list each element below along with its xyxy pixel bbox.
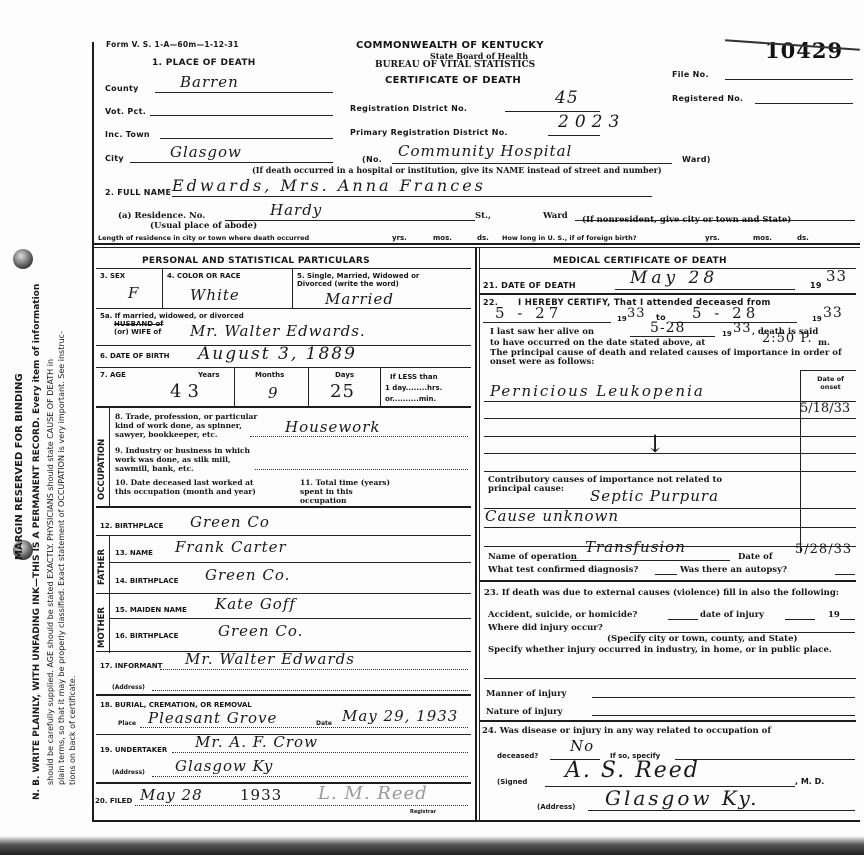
age-years-label: Years xyxy=(198,371,220,379)
last-saw-line xyxy=(630,336,715,337)
place-of-death-heading: 1. PLACE OF DEATH xyxy=(152,58,256,68)
occupation-related-answer[interactable]: No xyxy=(570,737,594,755)
full-name-value[interactable]: Edwards, Mrs. Anna Frances xyxy=(172,176,486,195)
last-worked-label: 10. Date deceased last worked at this oc… xyxy=(115,478,265,496)
time-suffix: m. xyxy=(818,339,830,348)
industry-home-line xyxy=(484,678,856,679)
date-of-death-year-prefix: 19 xyxy=(810,281,822,290)
less-than-label: If LESS than xyxy=(390,373,438,381)
mother-maiden-label: 15. MAIDEN NAME xyxy=(115,606,187,614)
date-of-birth-label: 6. DATE OF BIRTH xyxy=(100,352,169,360)
industry-line xyxy=(255,469,468,470)
margin-instruction-2: should be carefully supplied. AGE should… xyxy=(46,359,55,785)
margin-instruction-3: plain terms, so that it may be properly … xyxy=(57,331,66,785)
mother-maiden-value[interactable]: Kate Goff xyxy=(215,595,296,613)
nonresident-note: (If nonresident, give city or town and S… xyxy=(582,216,791,225)
father-birthplace-label: 14. BIRTHPLACE xyxy=(115,577,178,585)
informant-address-line xyxy=(152,690,468,691)
sex-value[interactable]: F xyxy=(128,284,139,302)
binding-hole-top xyxy=(13,249,33,269)
row-3-line xyxy=(96,308,471,309)
injury-year-prefix: 19 xyxy=(828,611,840,620)
father-side-label: FATHER xyxy=(97,549,107,585)
industry-home-label: Specify whether injury occurred in indus… xyxy=(488,646,858,655)
foreign-ds: ds. xyxy=(797,234,809,242)
injury-date-label: date of injury xyxy=(700,611,764,620)
birthplace-12-value[interactable]: Green Co xyxy=(190,513,270,531)
certificate-title: CERTIFICATE OF DEATH xyxy=(385,75,521,86)
from-year-prefix: 19 xyxy=(617,315,627,323)
header-divider xyxy=(92,243,860,245)
physician-address-line xyxy=(588,810,855,811)
less-than-hours: 1 day........hrs. xyxy=(385,384,442,392)
principal-cause-value[interactable]: Pernicious Leukopenia xyxy=(490,382,705,400)
row-7-line xyxy=(96,406,471,408)
operation-date-value[interactable]: 5/28/33 xyxy=(795,542,852,557)
county-value[interactable]: Barren xyxy=(180,73,239,91)
attended-from-line xyxy=(483,322,611,323)
nature-of-injury-line xyxy=(592,715,855,716)
registered-no-label: Registered No. xyxy=(672,94,743,103)
age-days-value[interactable]: 25 xyxy=(330,381,355,402)
cause-line-4 xyxy=(484,453,856,454)
occupation-related-label: 24. Was disease or injury in any way rel… xyxy=(482,727,771,736)
occupation-side-divider xyxy=(109,406,110,506)
spouse-label-2: HUSBAND of xyxy=(114,320,163,328)
filed-date-value[interactable]: May 28 xyxy=(140,786,203,804)
registered-no-line xyxy=(755,103,853,104)
where-injury-line xyxy=(630,632,855,633)
father-side-divider xyxy=(109,535,110,595)
undertaker-value[interactable]: Mr. A. F. Crow xyxy=(195,733,318,751)
last-saw-value[interactable]: 5-28 xyxy=(650,320,685,336)
county-line xyxy=(155,92,333,93)
burial-line xyxy=(140,727,468,728)
onset-top-line xyxy=(800,370,856,371)
spouse-label-1: 5a. If married, widowed, or divorced xyxy=(100,312,244,320)
length-yrs: yrs. xyxy=(392,234,407,242)
cause-check-mark: ↓ xyxy=(645,430,666,458)
age-label: 7. AGE xyxy=(100,371,126,379)
length-mos: mos. xyxy=(433,234,452,242)
date-of-death-label: 21. DATE OF DEATH xyxy=(483,281,576,290)
date-of-death-year[interactable]: 33 xyxy=(826,267,847,285)
institution-no-label: (No. xyxy=(362,155,382,164)
autopsy-label: Was there an autopsy? xyxy=(680,566,787,575)
registrar-signature: L. M. Reed xyxy=(318,783,428,804)
father-name-label: 13. NAME xyxy=(115,549,153,557)
accident-line xyxy=(668,619,698,620)
manner-of-injury-label: Manner of injury xyxy=(486,690,567,699)
trade-value[interactable]: Housework xyxy=(285,418,380,436)
burial-place-value[interactable]: Pleasant Grove xyxy=(148,709,277,727)
residence-line xyxy=(225,220,475,221)
registration-district-value[interactable]: 45 xyxy=(555,88,579,108)
contributory-line-2 xyxy=(484,527,856,528)
ward-label: Ward) xyxy=(682,155,711,164)
if-so-specify-line xyxy=(675,759,855,760)
foreign-birth-label: How long in U. S., if of foreign birth? xyxy=(502,234,637,242)
marital-status-label: 5. Single, Married, Widowed or Divorced … xyxy=(297,272,437,288)
age-months-divider xyxy=(308,367,309,407)
filed-label: 20. FILED xyxy=(95,797,132,805)
informant-bottom-line xyxy=(96,694,471,696)
date-of-birth-value[interactable]: August 3, 1889 xyxy=(198,344,357,364)
date-of-death-line xyxy=(615,289,795,290)
primary-registration-label: Primary Registration District No. xyxy=(350,128,508,137)
principal-cause-text: The principal cause of death and related… xyxy=(490,349,850,367)
row-6-line xyxy=(96,367,471,368)
undertaker-line xyxy=(172,752,468,753)
undertaker-address-label: (Address) xyxy=(112,769,145,777)
contributory-2-value[interactable]: Cause unknown xyxy=(485,507,619,525)
attended-from-value[interactable]: 5 - 27 xyxy=(495,304,562,322)
certificate-stamp-number: 10429 xyxy=(765,38,843,63)
date-of-death-value[interactable]: May 28 xyxy=(630,268,718,288)
item-23-bottom-line xyxy=(479,720,856,722)
where-injury-label: Where did injury occur? xyxy=(488,624,603,633)
file-no-line xyxy=(725,79,853,80)
father-name-line xyxy=(109,562,471,563)
operation-value[interactable]: Transfusion xyxy=(585,538,686,556)
dod-bottom-line xyxy=(479,293,856,295)
mother-birthplace-label: 16. BIRTHPLACE xyxy=(115,632,178,640)
institution-note: (If death occurred in a hospital or inst… xyxy=(252,166,662,175)
cause-line-5 xyxy=(484,471,856,472)
attended-to-value[interactable]: 5 - 28 xyxy=(692,304,759,322)
age-days-label: Days xyxy=(335,371,354,379)
operation-label: Name of operation xyxy=(488,553,577,562)
signed-label: (Signed xyxy=(497,778,527,786)
filed-year-value[interactable]: 1933 xyxy=(240,786,282,804)
sex-label: 3. SEX xyxy=(100,272,125,280)
length-ds: ds. xyxy=(477,234,489,242)
occurred-text: to have occurred on the date stated abov… xyxy=(490,339,705,348)
cause-line-1 xyxy=(484,401,856,402)
accident-label: Accident, suicide, or homicide? xyxy=(488,611,637,620)
medical-heading: MEDICAL CERTIFICATE OF DEATH xyxy=(553,256,727,266)
to-year-value[interactable]: 33 xyxy=(823,305,843,321)
age-years-value[interactable]: 43 xyxy=(170,381,205,402)
residence-label: (a) Residence. No. xyxy=(118,212,205,221)
race-label: 4. COLOR OR RACE xyxy=(167,272,241,280)
form-left-border xyxy=(92,42,94,822)
informant-address-label: (Address) xyxy=(112,684,145,692)
bureau-title: BUREAU OF VITAL STATISTICS xyxy=(375,61,535,70)
age-months-label: Months xyxy=(255,371,284,379)
undertaker-label: 19. UNDERTAKER xyxy=(100,746,167,754)
filed-line xyxy=(135,805,468,806)
city-label: City xyxy=(105,154,124,163)
total-time-label: 11. Total time (years) spent in this occ… xyxy=(300,478,400,505)
full-name-label: 2. FULL NAME xyxy=(105,188,171,197)
test-confirmed-label: What test confirmed diagnosis? xyxy=(488,566,638,575)
residence-ward-label: Ward xyxy=(543,212,568,221)
item-22-bottom-line xyxy=(479,580,856,582)
city-value[interactable]: Glasgow xyxy=(170,143,242,161)
foreign-yrs: yrs. xyxy=(705,234,720,242)
usual-abode-note: (Usual place of abode) xyxy=(150,222,257,231)
contributory-1-value[interactable]: Septic Purpura xyxy=(590,487,719,505)
length-of-residence-label: Length of residence in city or town wher… xyxy=(98,234,309,242)
last-saw-year-prefix: 19 xyxy=(722,330,732,338)
less-than-minutes: or..........min. xyxy=(385,395,436,403)
onset-column-divider xyxy=(800,370,801,553)
informant-label: 17. INFORMANT xyxy=(100,662,162,670)
to-year-prefix: 19 xyxy=(812,315,822,323)
spouse-value[interactable]: Mr. Walter Edwards. xyxy=(190,322,366,340)
trade-label: 8. Trade, profession, or particular kind… xyxy=(115,412,265,439)
cause-line-2 xyxy=(484,418,856,419)
injury-date-line xyxy=(785,619,815,620)
last-saw-text: I last saw her alive on xyxy=(490,328,594,337)
personal-heading: PERSONAL AND STATISTICAL PARTICULARS xyxy=(142,256,370,266)
margin-reserved-label: MARGIN RESERVED FOR BINDING xyxy=(14,373,25,560)
inc-town-label: Inc. Town xyxy=(105,130,150,139)
registration-district-label: Registration District No. xyxy=(350,104,467,113)
margin-instruction-4: tions on back of certificate. xyxy=(68,676,77,785)
physician-address-value[interactable]: Glasgow Ky. xyxy=(605,786,760,810)
informant-value[interactable]: Mr. Walter Edwards xyxy=(185,650,355,668)
residence-value[interactable]: Hardy xyxy=(270,201,322,219)
cause-line-3 xyxy=(484,436,856,437)
mother-birthplace-value[interactable]: Green Co. xyxy=(218,622,303,640)
age-days-divider xyxy=(380,367,381,407)
registrar-label: Registrar xyxy=(410,808,436,816)
trade-line xyxy=(250,436,468,437)
from-year-value[interactable]: 33 xyxy=(627,306,646,321)
physician-signature[interactable]: A. S. Reed xyxy=(565,758,700,783)
occupation-side-label: OCCUPATION xyxy=(97,439,107,500)
nature-of-injury-label: Nature of injury xyxy=(486,708,563,717)
commonwealth-title: COMMONWEALTH OF KENTUCKY xyxy=(356,40,544,51)
personal-heading-line xyxy=(96,268,471,269)
sex-divider xyxy=(162,268,163,308)
column-divider xyxy=(475,247,477,822)
inc-town-line xyxy=(160,138,333,139)
foreign-mos: mos. xyxy=(753,234,772,242)
mother-side-divider xyxy=(109,593,110,653)
full-name-line xyxy=(172,196,652,197)
date-of-onset-label: Date of onset xyxy=(808,375,853,391)
scan-edge-shadow xyxy=(0,836,864,855)
city-line xyxy=(130,162,333,163)
primary-registration-line xyxy=(548,135,600,136)
race-value[interactable]: White xyxy=(190,286,240,304)
institution-value[interactable]: Community Hospital xyxy=(398,142,572,160)
operation-line xyxy=(570,560,730,561)
vot-pct-label: Vot. Pct. xyxy=(105,107,146,116)
birthplace-12-label: 12. BIRTHPLACE xyxy=(100,522,163,530)
father-birthplace-value[interactable]: Green Co. xyxy=(205,566,290,584)
mother-side-label: MOTHER xyxy=(97,607,107,648)
test-line xyxy=(655,574,677,575)
burial-date-value[interactable]: May 29, 1933 xyxy=(342,707,458,725)
physician-address-label: (Address) xyxy=(537,803,575,811)
last-saw-year[interactable]: 33 xyxy=(733,321,752,336)
margin-instruction-1: N. B. WRITE PLAINLY, WITH UNFADING INK—T… xyxy=(32,284,42,800)
informant-line xyxy=(160,669,468,670)
residence-st-label: St., xyxy=(475,212,491,221)
form-number: Form V. S. 1-A—60m—1-12-31 xyxy=(106,40,239,49)
external-causes-label: 23. If death was due to external causes … xyxy=(484,589,854,598)
specify-location-note: (Specify city or town, county, and State… xyxy=(607,635,798,644)
burial-label: 18. BURIAL, CREMATION, OR REMOVAL xyxy=(100,701,252,709)
occupation-bottom-line xyxy=(96,506,471,508)
age-years-divider xyxy=(234,367,235,407)
column-divider-2 xyxy=(479,247,480,822)
father-name-value[interactable]: Frank Carter xyxy=(175,538,287,556)
age-months-value[interactable]: 9 xyxy=(268,384,279,402)
primary-registration-value[interactable]: 2023 xyxy=(558,112,625,132)
mother-maiden-line xyxy=(109,618,471,619)
operation-date-label: Date of xyxy=(738,553,773,562)
undertaker-address-line xyxy=(152,776,468,777)
vot-pct-line xyxy=(150,115,333,116)
institution-line xyxy=(392,163,672,164)
time-of-death-value[interactable]: 2:50 P. xyxy=(762,331,813,346)
undertaker-address-value[interactable]: Glasgow Ky xyxy=(175,757,273,775)
marital-status-value[interactable]: Married xyxy=(325,290,394,308)
county-label: County xyxy=(105,84,139,93)
injury-year-line xyxy=(840,619,855,620)
autopsy-line xyxy=(835,574,855,575)
file-no-label: File No. xyxy=(672,70,709,79)
manner-of-injury-line xyxy=(592,697,855,698)
burial-place-label: Place xyxy=(118,720,136,728)
spouse-label-3: (or) WIFE of xyxy=(114,328,161,336)
onset-date-value[interactable]: 5/18/33 xyxy=(800,401,850,416)
race-divider xyxy=(292,268,293,308)
md-label: , M. D. xyxy=(795,778,824,786)
deceased-label: deceased? xyxy=(497,752,538,760)
father-bottom-line xyxy=(96,593,471,594)
birthplace-12-line xyxy=(96,535,471,536)
industry-label: 9. Industry or business in which work wa… xyxy=(115,446,265,473)
